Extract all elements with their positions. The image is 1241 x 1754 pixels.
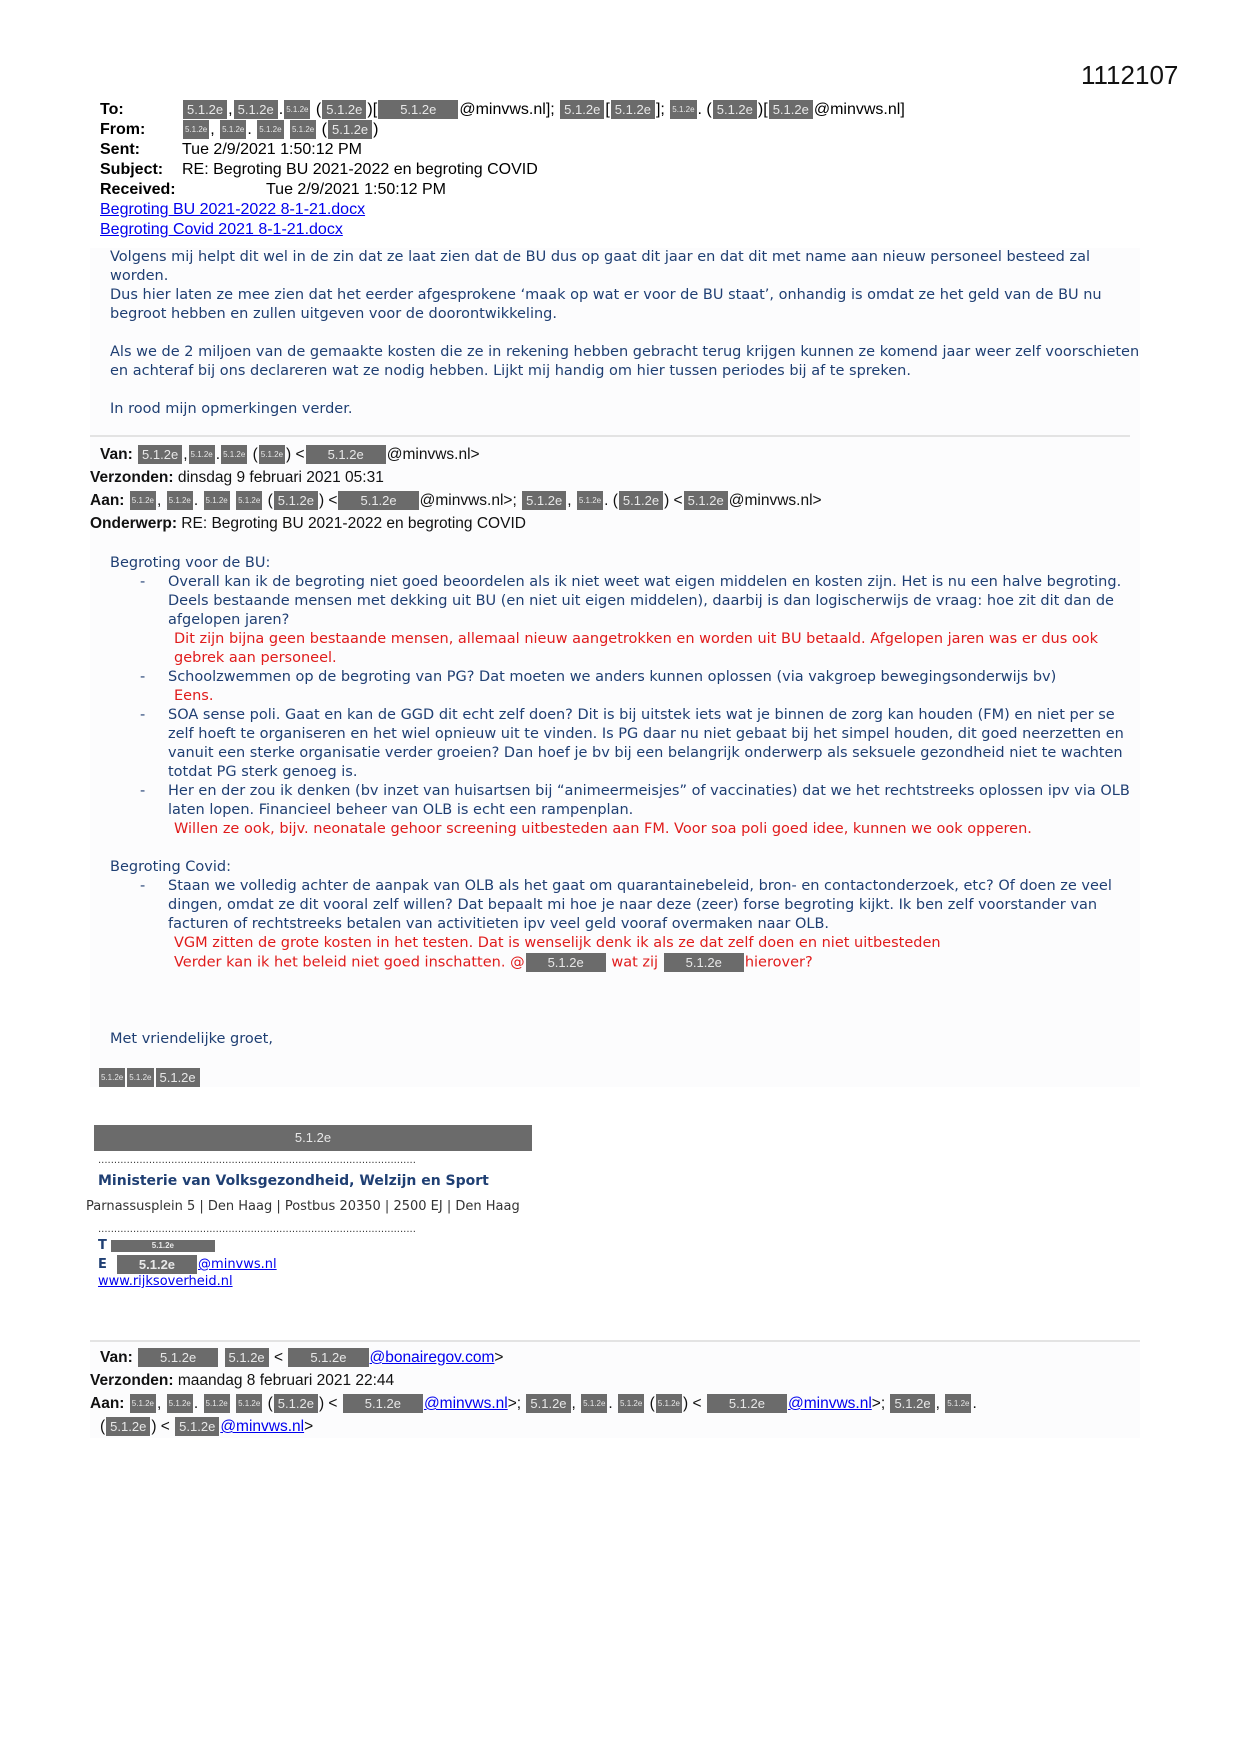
redaction: 5.1.2e bbox=[577, 491, 603, 510]
comment-red: Dit zijn bijna geen bestaande mensen, al… bbox=[168, 630, 1140, 668]
redaction: 5.1.2e bbox=[611, 100, 655, 119]
from-value: 5.1.2e, 5.1.2e. 5.1.2e 5.1.2e (5.1.2e) bbox=[182, 120, 379, 140]
section-title: Begroting voor de BU: bbox=[110, 554, 1140, 573]
email-link[interactable]: @bonairegov.com bbox=[370, 1349, 495, 1366]
email-body: Volgens mij helpt dit wel in de zin dat … bbox=[90, 248, 1140, 1087]
phone-row: T5.1.2e bbox=[98, 1238, 588, 1253]
redaction: 5.1.2e bbox=[338, 491, 418, 510]
redaction: 5.1.2e bbox=[220, 120, 246, 139]
attachment-link[interactable]: Begroting BU 2021-2022 8-1-21.docx bbox=[100, 200, 365, 220]
website-link[interactable]: www.rijksoverheid.nl bbox=[98, 1274, 588, 1289]
redaction: 5.1.2e bbox=[290, 120, 316, 139]
sent-label: Sent: bbox=[100, 140, 182, 160]
paragraph: Volgens mij helpt dit wel in de zin dat … bbox=[110, 248, 1140, 286]
redaction: 5.1.2e bbox=[259, 445, 285, 464]
redaction: 5.1.2e bbox=[257, 120, 283, 139]
to-row: To: 5.1.2e,5.1.2e.5.1.2e (5.1.2e)[5.1.2e… bbox=[100, 100, 905, 120]
ministry-name: Ministerie van Volksgezondheid, Welzijn … bbox=[98, 1173, 588, 1189]
email-link[interactable]: @minvws.nl bbox=[198, 1257, 277, 1272]
list-item: -Overall kan ik de begroting niet goed b… bbox=[140, 573, 1140, 668]
redaction: 5.1.2e bbox=[619, 491, 663, 510]
divider bbox=[90, 435, 1130, 437]
received-value: Tue 2/9/2021 1:50:12 PM bbox=[266, 180, 446, 200]
paragraph: In rood mijn opmerkingen verder. bbox=[110, 400, 1140, 419]
paragraph: Dus hier laten ze mee zien dat het eerde… bbox=[110, 286, 1140, 324]
closing: Met vriendelijke groet, bbox=[110, 1030, 1140, 1049]
redaction: 5.1.2e bbox=[670, 100, 696, 119]
redaction: 5.1.2e bbox=[94, 1125, 532, 1151]
paragraph: Als we de 2 miljoen van de gemaakte kost… bbox=[110, 343, 1140, 381]
subject-value: RE: Begroting BU 2021-2022 en begroting … bbox=[182, 160, 538, 180]
comment-red: VGM zitten de grote kosten in het testen… bbox=[168, 934, 1140, 953]
to-value: 5.1.2e,5.1.2e.5.1.2e (5.1.2e)[5.1.2e@min… bbox=[182, 100, 905, 120]
dotted-divider: ........................................… bbox=[98, 1155, 578, 1167]
redaction: 5.1.2e bbox=[183, 100, 227, 119]
redaction: 5.1.2e bbox=[183, 120, 209, 139]
quoted-header-2: Van: 5.1.2e 5.1.2e < 5.1.2e@bonairegov.c… bbox=[90, 1340, 1140, 1438]
section-title: Begroting Covid: bbox=[110, 858, 1140, 877]
subject-label: Subject: bbox=[100, 160, 182, 180]
comment-red: Willen ze ook, bijv. neonatale gehoor sc… bbox=[168, 820, 1140, 839]
signature-block: 5.1.2e .................................… bbox=[98, 1125, 588, 1289]
from-label: From: bbox=[100, 120, 182, 140]
redaction: 5.1.2e bbox=[274, 491, 318, 510]
redaction: 5.1.2e bbox=[560, 100, 604, 119]
redaction: 5.1.2e bbox=[664, 953, 744, 972]
redaction: 5.1.2e bbox=[769, 100, 813, 119]
redaction: 5.1.2e bbox=[167, 491, 193, 510]
redaction: 5.1.2e bbox=[236, 491, 262, 510]
dotted-divider: ........................................… bbox=[98, 1224, 588, 1236]
received-row: Received: Tue 2/9/2021 1:50:12 PM bbox=[100, 180, 905, 200]
redaction: 5.1.2e bbox=[306, 445, 386, 464]
redaction: 5.1.2e bbox=[378, 100, 458, 119]
list-item: -SOA sense poli. Gaat en kan de GGD dit … bbox=[140, 706, 1140, 782]
redaction: 5.1.2e bbox=[189, 445, 215, 464]
redaction: 5.1.2e bbox=[138, 445, 182, 464]
subject-row: Subject: RE: Begroting BU 2021-2022 en b… bbox=[100, 160, 905, 180]
sent-row: Sent: Tue 2/9/2021 1:50:12 PM bbox=[100, 140, 905, 160]
attachment-link[interactable]: Begroting Covid 2021 8-1-21.docx bbox=[100, 220, 343, 240]
redaction: 5.1.2e bbox=[204, 491, 230, 510]
list-item: - Staan we volledig achter de aanpak van… bbox=[140, 877, 1140, 973]
to-label: To: bbox=[100, 100, 182, 120]
sent-value: Tue 2/9/2021 1:50:12 PM bbox=[182, 140, 362, 160]
list-item: -Her en der zou ik denken (bv inzet van … bbox=[140, 782, 1140, 839]
document-number: 1112107 bbox=[1081, 60, 1178, 91]
redaction: 5.1.2e bbox=[130, 491, 156, 510]
email-row: E5.1.2e@minvws.nl bbox=[98, 1255, 588, 1274]
redaction: 5.1.2e bbox=[526, 953, 606, 972]
signature-name: 5.1.2e5.1.2e5.1.2e bbox=[98, 1068, 1140, 1088]
redaction: 5.1.2e bbox=[684, 491, 728, 510]
comment-red: Verder kan ik het beleid niet goed insch… bbox=[168, 953, 1140, 973]
redaction: 5.1.2e bbox=[328, 120, 372, 139]
redaction: 5.1.2e bbox=[713, 100, 757, 119]
redaction: 5.1.2e bbox=[322, 100, 366, 119]
address: Parnassusplein 5 | Den Haag | Postbus 20… bbox=[86, 1199, 588, 1214]
redaction: 5.1.2e bbox=[234, 100, 278, 119]
from-row: From: 5.1.2e, 5.1.2e. 5.1.2e 5.1.2e (5.1… bbox=[100, 120, 905, 140]
redaction: 5.1.2e bbox=[221, 445, 247, 464]
list-item: -Schoolzwemmen op de begroting van PG? D… bbox=[140, 668, 1140, 706]
quoted-header-1: Van: 5.1.2e,5.1.2e.5.1.2e (5.1.2e) <5.1.… bbox=[90, 443, 1140, 535]
comment-red: Eens. bbox=[168, 687, 1140, 706]
redaction: 5.1.2e bbox=[284, 100, 310, 119]
received-label: Received: bbox=[100, 180, 266, 200]
redaction: 5.1.2e bbox=[522, 491, 566, 510]
email-header: To: 5.1.2e,5.1.2e.5.1.2e (5.1.2e)[5.1.2e… bbox=[100, 100, 905, 240]
